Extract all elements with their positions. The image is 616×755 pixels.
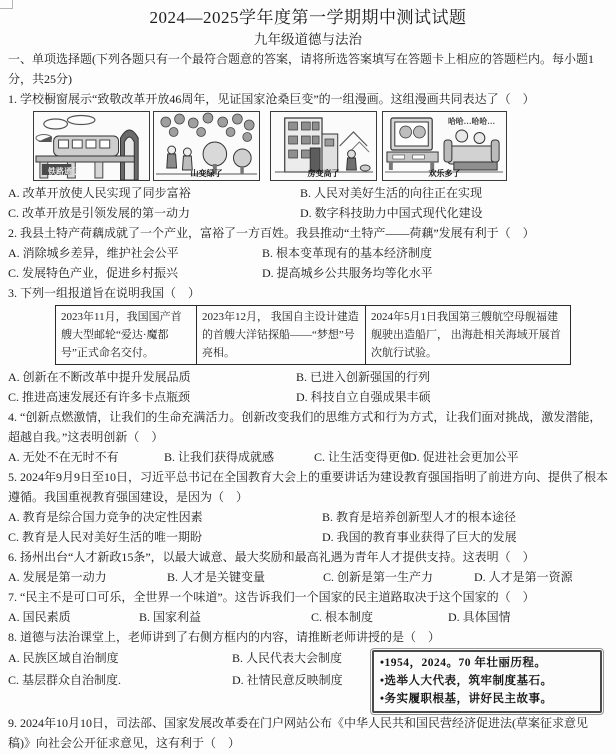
news-reports-table: 2023年11月，我国国产首艘大型邮轮“爱达·魔都号”正式命名交付。 2023年… — [55, 305, 571, 365]
q7-option-b: B. 国家利益 — [139, 607, 311, 627]
q4-option-d: D. 促进社会更加公平 — [408, 447, 608, 467]
q7-option-d: D. 具体国情 — [448, 607, 608, 627]
question-3-options-row-1: A. 创新在不断改革中提升发展品质 B. 已进入创新强国的行列 — [8, 367, 608, 387]
q4-option-c: C. 让生活变得更便捷 — [314, 447, 408, 467]
q8-option-c: C. 基层群众自治制度. — [8, 669, 232, 691]
question-8-options-row-1: A. 民族区域自治制度 B. 人民代表大会制度 — [8, 647, 370, 669]
q6-option-d: D. 人才是第一资源 — [474, 567, 608, 587]
question-2-stem: 2. 我县土特产荷藕成就了一个产业，富裕了一方百姓。我县推动“土特产——荷藕”发… — [8, 223, 608, 243]
cartoon-panel-tv-family: 哈哈…哈哈… 欢乐多了 — [382, 111, 507, 181]
question-2-options-row-2: C. 发展特色产业，促进乡村振兴 D. 提高城乡公共服务均等化水平 — [8, 263, 608, 283]
question-3-options-row-2: C. 推进高速发展还有许多卡点瓶颈 D. 科技自立自强成果丰硕 — [8, 387, 608, 407]
q4-option-b: B. 让我们获得成就感 — [164, 447, 314, 467]
scan-corner-artifact — [0, 0, 13, 9]
q5-option-b: B. 教育是培养创新型人才的根本途径 — [322, 507, 608, 527]
page-subtitle: 九年级道德与法治 — [8, 30, 608, 49]
q1-option-b: B. 人民对美好生活的向往正在实现 — [300, 183, 608, 203]
q8-option-a: A. 民族区域自治制度 — [8, 647, 232, 669]
q6-option-c: C. 创新是第一生产力 — [323, 567, 474, 587]
q5-option-a: A. 教育是综合国力竞争的决定性因素 — [8, 507, 322, 527]
question-8-options: A. 民族区域自治制度 B. 人民代表大会制度 C. 基层群众自治制度. D. … — [8, 647, 370, 691]
laugh-text: 哈哈…哈哈… — [448, 116, 495, 126]
cartoon-panel-tall-house: 房变高了 — [270, 111, 377, 181]
cartoon-caption-railway: 铁路通了 — [34, 167, 149, 177]
question-8-options-row-2: C. 基层群众自治制度. D. 社情民意反映制度 — [8, 669, 370, 691]
q3-option-a: A. 创新在不断改革中提升发展品质 — [8, 367, 296, 387]
quote-box-line-1: •1954，2024。70 年壮丽历程。 — [380, 654, 594, 672]
q2-option-c: C. 发展特色产业，促进乡村振兴 — [8, 263, 262, 283]
q3-option-b: B. 已进入创新强国的行列 — [296, 367, 608, 387]
question-7-stem: 7. “民主不是可口可乐，全世界一个味道”。这告诉我们一个国家的民主道路取决于这… — [8, 587, 608, 607]
news-cell-drilling-ship: 2023年12月， 我国自主设计建造的首艘大洋钻探船——“梦想”号亮相。 — [197, 306, 366, 365]
cartoon-caption-green-mountain: 山变绿了 — [154, 169, 259, 179]
question-4-options-row: A. 无处不在无时不有 B. 让我们获得成就感 C. 让生活变得更便捷 D. 促… — [8, 447, 608, 467]
q4-option-a: A. 无处不在无时不有 — [8, 447, 164, 467]
question-4-stem: 4. “创新点燃激情，让我们的生命充满活力。创新改变我们的思维方式和行为方式，让… — [8, 407, 608, 447]
q8-option-b: B. 人民代表大会制度 — [232, 647, 370, 669]
question-5-options-row-2: C. 教育是人民对美好生活的唯一期盼 D. 我国的教育事业获得了巨大的发展 — [8, 527, 608, 547]
question-5-stem: 5. 2024年9月9日至10日，习近平总书记在全国教育大会上的重要讲话为建设教… — [8, 467, 608, 507]
question-1-options-row-1: A. 改革开放使人民实现了同步富裕 B. 人民对美好生活的向往正在实现 — [8, 183, 608, 203]
question-1-stem: 1. 学校橱窗展示“致敬改革开放46周年，见证国家沧桑巨变”的一组漫画。这组漫画… — [8, 89, 608, 109]
question-8-stem: 8. 道德与法治课堂上，老师讲到了右侧方框内的内容，请推断老师讲授的是（ ） — [8, 627, 608, 647]
q2-option-b: B. 根本变革现有的基本经济制度 — [262, 243, 608, 263]
q7-option-c: C. 根本制度 — [311, 607, 448, 627]
q1-option-a: A. 改革开放使人民实现了同步富裕 — [8, 183, 300, 203]
quote-box-line-2: •选举人大代表，筑牢制度基石。 — [380, 672, 594, 690]
quote-box: •1954，2024。70 年壮丽历程。 •选举人大代表，筑牢制度基石。 •务实… — [372, 650, 602, 713]
q6-option-a: A. 发展是第一动力 — [8, 567, 167, 587]
question-7-options-row: A. 国民素质 B. 国家利益 C. 根本制度 D. 具体国情 — [8, 607, 608, 627]
q1-option-c: C. 改革开放是引领发展的第一动力 — [8, 203, 300, 223]
question-5-options-row-1: A. 教育是综合国力竞争的决定性因素 B. 教育是培养创新型人才的根本途径 — [8, 507, 608, 527]
quote-box-line-3: •务实履职根基，讲好民主故事。 — [380, 690, 594, 708]
cartoon-panel-green-mountain: 山变绿了 — [153, 111, 260, 181]
question-3-stem: 3. 下列一组报道旨在说明我国（ ） — [8, 283, 608, 303]
exam-paper: 2024—2025学年度第一学期期中测试试题 九年级道德与法治 一、单项选择题(… — [0, 0, 616, 755]
q7-option-a: A. 国民素质 — [8, 607, 139, 627]
cartoon-caption-tv-family: 欢乐多了 — [383, 169, 506, 179]
q2-option-d: D. 提高城乡公共服务均等化水平 — [262, 263, 608, 283]
q2-option-a: A. 消除城乡差异，维护社会公平 — [8, 243, 262, 263]
q3-option-d: D. 科技自立自强成果丰硕 — [296, 387, 608, 407]
question-6-options-row: A. 发展是第一动力 B. 人才是关键变量 C. 创新是第一生产力 D. 人才是… — [8, 567, 608, 587]
q6-option-b: B. 人才是关键变量 — [167, 567, 323, 587]
q8-option-d: D. 社情民意反映制度 — [232, 669, 370, 691]
news-cell-cruise-ship: 2023年11月，我国国产首艘大型邮轮“爱达·魔都号”正式命名交付。 — [56, 306, 197, 365]
section-header: 一、单项选择题(下列各题只有一个最符合题意的答案，请将所选答案填写在答题卡上相应… — [8, 49, 608, 89]
q3-option-c: C. 推进高速发展还有许多卡点瓶颈 — [8, 387, 296, 407]
q5-option-d: D. 我国的教育事业获得了巨大的发展 — [322, 527, 608, 547]
cartoon-panel-railway: 铁路通了 — [33, 111, 150, 181]
question-8-options-and-box: A. 民族区域自治制度 B. 人民代表大会制度 C. 基层群众自治制度. D. … — [8, 647, 608, 713]
question-9-stem: 9. 2024年10月10日，司法部、国家发展改革委在门户网站公布《中华人民共和… — [8, 713, 608, 753]
news-cell-aircraft-carrier: 2024年5月1日我国第三艘航空母舰福建舰驶出造船厂， 出海赴相关海域开展首次航… — [366, 306, 571, 365]
q1-option-d: D. 数字科技助力中国式现代化建设 — [300, 203, 608, 223]
question-1-options-row-2: C. 改革开放是引领发展的第一动力 D. 数字科技助力中国式现代化建设 — [8, 203, 608, 223]
question-2-options-row-1: A. 消除城乡差异，维护社会公平 B. 根本变革现有的基本经济制度 — [8, 243, 608, 263]
cartoon-caption-tall-house: 房变高了 — [271, 169, 376, 179]
page-title: 2024—2025学年度第一学期期中测试试题 — [8, 6, 608, 30]
q5-option-c: C. 教育是人民对美好生活的唯一期盼 — [8, 527, 322, 547]
question-6-stem: 6. 扬州出台“人才新政15条”，以最大诚意、最大奖励和最高礼遇为青年人才提供支… — [8, 547, 608, 567]
cartoon-strip: 铁路通了 山变绿了 — [33, 111, 608, 181]
